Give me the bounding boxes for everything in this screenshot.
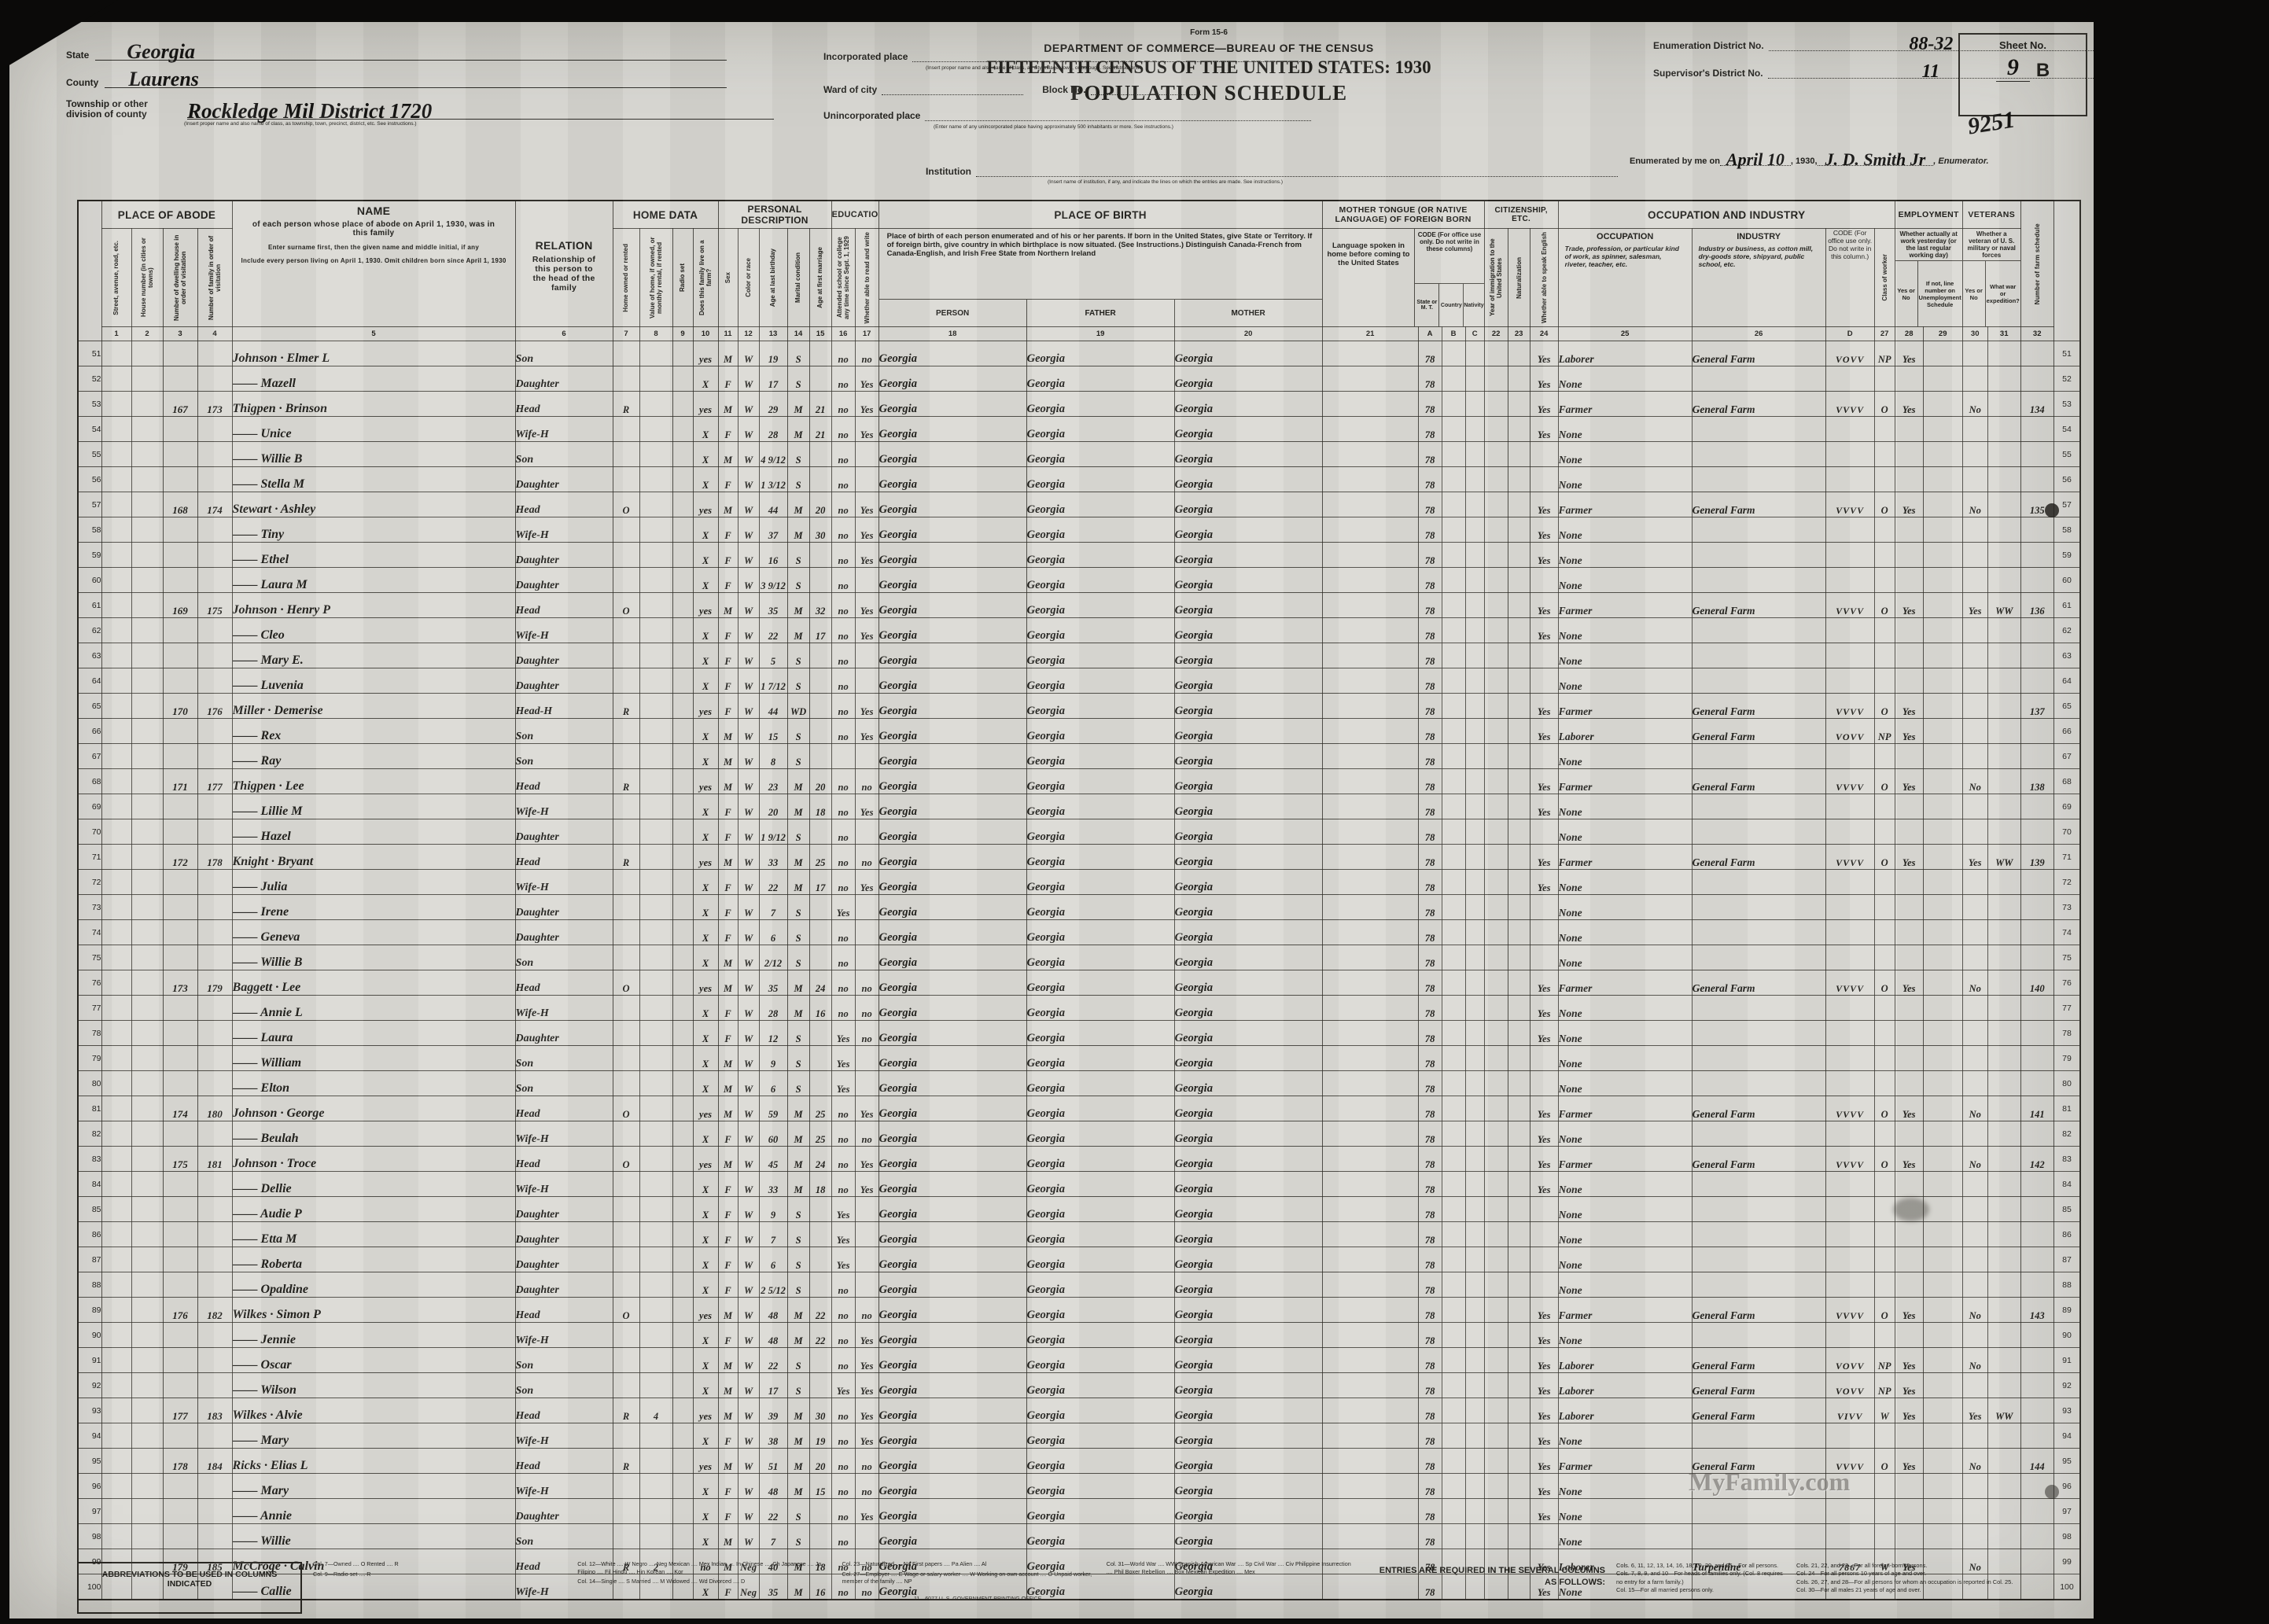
cell-cl: W [738, 970, 759, 996]
cell-or [613, 1222, 639, 1247]
cell-cC [1465, 1272, 1484, 1298]
cell-bp: Georgia [879, 1021, 1026, 1046]
cell-cB [1442, 1323, 1465, 1348]
cell-st [101, 1348, 131, 1373]
cell-fs [2020, 819, 2054, 845]
line-number-column-header [78, 201, 101, 341]
cell-cw [1874, 643, 1895, 668]
line-number-right: 92 [2054, 1373, 2080, 1398]
cell-in: General Farm [1692, 1373, 1825, 1398]
cell-rw: Yes [855, 517, 879, 543]
line-number-right: 95 [2054, 1449, 2080, 1474]
line-number-left: 65 [78, 694, 101, 719]
cell-hn [131, 1423, 163, 1449]
cell-ag: 16 [759, 543, 787, 568]
cell-oc: None [1558, 1197, 1692, 1222]
cell-cB [1442, 1272, 1465, 1298]
cell-rd [672, 1147, 693, 1172]
cell-aw: Yes [1895, 392, 1923, 417]
cell-oc: None [1558, 442, 1692, 467]
cell-cB [1442, 1121, 1465, 1147]
col-farm-header: Does this family live on a farm? [693, 229, 718, 327]
cell-dw: 176 [163, 1298, 197, 1323]
cell-bp: Georgia [879, 970, 1026, 996]
cell-ms: M [787, 618, 809, 643]
township-label: Township or other division of county [66, 99, 184, 120]
cell-rd [672, 568, 693, 593]
line-number-right: 61 [2054, 593, 2080, 618]
cell-fs [2020, 1323, 2054, 1348]
cell-cw: O [1874, 970, 1895, 996]
column-number: D [1825, 327, 1874, 341]
cell-na [1508, 1096, 1530, 1121]
enumerator-label: , Enumerator. [1933, 157, 1988, 166]
cell-cC [1465, 895, 1484, 920]
cell-sc: Yes [831, 895, 855, 920]
cell-cA: 78 [1418, 341, 1442, 366]
cell-ul [1923, 366, 1962, 392]
cell-ag: 7 [759, 1222, 787, 1247]
cell-rd [672, 1449, 693, 1474]
cell-cw: O [1874, 1096, 1895, 1121]
cell-lg [1322, 1021, 1418, 1046]
cell-fm [197, 543, 232, 568]
cell-bf: Georgia [1026, 920, 1174, 945]
cell-ag: 60 [759, 1121, 787, 1147]
cell-fm: 177 [197, 769, 232, 794]
cell-oc: Laborer [1558, 1373, 1692, 1398]
cell-vl [639, 1071, 672, 1096]
cell-cA: 78 [1418, 1398, 1442, 1423]
ink-smudge [1893, 1198, 1929, 1221]
list-item: Col. 14—Single .... S Married .... M Wid… [577, 1578, 829, 1585]
population-schedule-table: PLACE OF ABODE NAME of each person whose… [77, 200, 2081, 1600]
cell-fm [197, 895, 232, 920]
cell-sx: F [718, 417, 738, 442]
cell-fm [197, 945, 232, 970]
column-number: 27 [1874, 327, 1895, 341]
mt-language-header: Language spoken in home before coming to… [1323, 229, 1415, 326]
cell-en: Yes [1530, 845, 1558, 870]
cell-cA: 78 [1418, 1071, 1442, 1096]
ward-label: Ward of city [823, 84, 877, 95]
cell-or [613, 744, 639, 769]
cell-ag: 8 [759, 744, 787, 769]
cell-oc: None [1558, 1172, 1692, 1197]
cell-rel: Daughter [515, 1499, 613, 1524]
cell-cB [1442, 1021, 1465, 1046]
cell-na [1508, 442, 1530, 467]
print-code: 11—6077 U. S. GOVERNMENT PRINTING OFFICE [914, 1596, 1041, 1602]
cell-cC [1465, 1147, 1484, 1172]
cell-fs: 139 [2020, 845, 2054, 870]
cell-am: 19 [809, 1423, 831, 1449]
vet-war-header: What war or expedition? [1985, 261, 2020, 326]
cell-am: 15 [809, 1474, 831, 1499]
line-number-left: 74 [78, 920, 101, 945]
cell-am: 22 [809, 1298, 831, 1323]
cell-cl: W [738, 593, 759, 618]
cell-im [1484, 970, 1508, 996]
cell-cB [1442, 668, 1465, 694]
cell-vl [639, 1147, 672, 1172]
cell-oc: None [1558, 1247, 1692, 1272]
cell-en: Yes [1530, 1172, 1558, 1197]
cell-ms: S [787, 1247, 809, 1272]
cell-en: Yes [1530, 694, 1558, 719]
watermark: MyFamily.com [1689, 1467, 1850, 1497]
cell-ul [1923, 794, 1962, 819]
cell-hn [131, 517, 163, 543]
cell-ms: S [787, 744, 809, 769]
form-number: Form 15-6 [812, 28, 1606, 37]
cell-cA: 78 [1418, 543, 1442, 568]
line-number-right: 98 [2054, 1524, 2080, 1549]
cell-fm [197, 643, 232, 668]
table-row: 73—— IreneDaughterXFW7SYesGeorgiaGeorgia… [78, 895, 2080, 920]
cell-aw [1895, 517, 1923, 543]
cell-rw: no [855, 769, 879, 794]
cell-cl: W [738, 945, 759, 970]
cell-rel: Wife-H [515, 517, 613, 543]
cell-lg [1322, 744, 1418, 769]
cell-oc: None [1558, 668, 1692, 694]
cell-cw: O [1874, 1147, 1895, 1172]
cell-am: 18 [809, 1172, 831, 1197]
cell-st [101, 920, 131, 945]
cell-na [1508, 1474, 1530, 1499]
cell-en [1530, 467, 1558, 492]
cell-ul [1923, 895, 1962, 920]
line-number-right: 65 [2054, 694, 2080, 719]
cell-bf: Georgia [1026, 1499, 1174, 1524]
cell-lg [1322, 996, 1418, 1021]
cell-bf: Georgia [1026, 1348, 1174, 1373]
cell-bp: Georgia [879, 517, 1026, 543]
cell-in [1692, 1423, 1825, 1449]
cell-am [809, 819, 831, 845]
cell-vl [639, 467, 672, 492]
cell-ag: 45 [759, 1147, 787, 1172]
cell-sc: no [831, 694, 855, 719]
cell-lg [1322, 341, 1418, 366]
cell-cB [1442, 1524, 1465, 1549]
cell-en [1530, 668, 1558, 694]
cell-vl [639, 996, 672, 1021]
cell-cw [1874, 517, 1895, 543]
cell-name: Thigpen · Brinson [232, 392, 515, 417]
cell-cA: 78 [1418, 392, 1442, 417]
table-row: 97—— AnnieDaughterXFW22SnoYesGeorgiaGeor… [78, 1499, 2080, 1524]
cell-name: —— Tiny [232, 517, 515, 543]
cell-cl: W [738, 618, 759, 643]
cell-bm: Georgia [1174, 492, 1322, 517]
cell-am [809, 341, 831, 366]
cell-bf: Georgia [1026, 694, 1174, 719]
cell-im [1484, 895, 1508, 920]
cell-sx: F [718, 1222, 738, 1247]
cell-vw [1987, 694, 2020, 719]
cell-cD [1825, 1499, 1874, 1524]
cell-cw [1874, 1474, 1895, 1499]
cell-im [1484, 996, 1508, 1021]
cell-cl: W [738, 870, 759, 895]
cell-vt [1962, 945, 1987, 970]
cell-na [1508, 618, 1530, 643]
cell-rd [672, 1272, 693, 1298]
cell-st [101, 769, 131, 794]
cell-cl: W [738, 568, 759, 593]
cell-hn [131, 543, 163, 568]
table-row: 52—— MazellDaughterXFW17SnoYesGeorgiaGeo… [78, 366, 2080, 392]
cell-bm: Georgia [1174, 1499, 1322, 1524]
cell-ag: 33 [759, 845, 787, 870]
cell-sc: Yes [831, 1071, 855, 1096]
cell-lg [1322, 1197, 1418, 1222]
cell-cl: W [738, 1046, 759, 1071]
cell-fs [2020, 442, 2054, 467]
cell-vw [1987, 895, 2020, 920]
cell-en: Yes [1530, 1021, 1558, 1046]
cell-dw: 169 [163, 593, 197, 618]
cell-en: Yes [1530, 417, 1558, 442]
cell-am [809, 568, 831, 593]
cell-cC [1465, 492, 1484, 517]
line-number-right: 66 [2054, 719, 2080, 744]
cell-bf: Georgia [1026, 1323, 1174, 1348]
cell-vl [639, 1348, 672, 1373]
cell-or [613, 417, 639, 442]
cell-fs: 140 [2020, 970, 2054, 996]
cell-im [1484, 1474, 1508, 1499]
cell-ag: 35 [759, 970, 787, 996]
cell-na [1508, 1449, 1530, 1474]
cell-aw: Yes [1895, 694, 1923, 719]
cell-cA: 78 [1418, 1348, 1442, 1373]
cell-ag: 28 [759, 996, 787, 1021]
cell-cw [1874, 895, 1895, 920]
cell-rw: Yes [855, 1373, 879, 1398]
cell-en [1530, 895, 1558, 920]
cell-aw: Yes [1895, 719, 1923, 744]
cell-ag: 22 [759, 870, 787, 895]
cell-in: General Farm [1692, 694, 1825, 719]
cell-bp: Georgia [879, 1398, 1026, 1423]
cell-cA: 78 [1418, 1323, 1442, 1348]
cell-hn [131, 442, 163, 467]
cell-cw [1874, 819, 1895, 845]
cell-lg [1322, 618, 1418, 643]
cell-aw: Yes [1895, 1348, 1923, 1373]
col-naturalization-header: Naturalization [1508, 229, 1530, 327]
table-row: 98—— WillieSonXMW7SnoGeorgiaGeorgiaGeorg… [78, 1524, 2080, 1549]
table-row: 63—— Mary E.DaughterXFW5SnoGeorgiaGeorgi… [78, 643, 2080, 668]
cell-cC [1465, 1071, 1484, 1096]
cell-na [1508, 668, 1530, 694]
cell-cD: VVVV [1825, 1147, 1874, 1172]
cell-cA: 78 [1418, 996, 1442, 1021]
cell-sx: F [718, 1247, 738, 1272]
line-number-left: 72 [78, 870, 101, 895]
cell-fa: X [693, 1524, 718, 1549]
cell-rw: Yes [855, 870, 879, 895]
cell-fm: 179 [197, 970, 232, 996]
cell-fs [2020, 996, 2054, 1021]
cell-cB [1442, 845, 1465, 870]
cell-vw [1987, 996, 2020, 1021]
cell-aw [1895, 794, 1923, 819]
cell-hn [131, 744, 163, 769]
cell-cl: W [738, 1423, 759, 1449]
cell-cA: 78 [1418, 492, 1442, 517]
cell-fa: X [693, 366, 718, 392]
cell-oc: None [1558, 366, 1692, 392]
cell-cC [1465, 1172, 1484, 1197]
cell-vw [1987, 417, 2020, 442]
cell-or [613, 1272, 639, 1298]
cell-fa: yes [693, 492, 718, 517]
column-number: 3 [163, 327, 197, 341]
cell-cD [1825, 543, 1874, 568]
cell-ul [1923, 845, 1962, 870]
cell-cw [1874, 996, 1895, 1021]
cell-cD [1825, 568, 1874, 593]
unincorporated-line: Unincorporated place [823, 109, 1311, 121]
cell-bf: Georgia [1026, 1071, 1174, 1096]
cell-st [101, 442, 131, 467]
line-number-right: 51 [2054, 341, 2080, 366]
cell-am: 30 [809, 517, 831, 543]
cell-en: Yes [1530, 1373, 1558, 1398]
cell-bf: Georgia [1026, 1121, 1174, 1147]
cell-dw: 173 [163, 970, 197, 996]
cell-vw [1987, 643, 2020, 668]
cell-cD: VVVV [1825, 845, 1874, 870]
cell-aw [1895, 1247, 1923, 1272]
cell-oc: Farmer [1558, 970, 1692, 996]
cell-na [1508, 895, 1530, 920]
occupation-group-header: OCCUPATION AND INDUSTRY [1558, 201, 1895, 229]
cell-im [1484, 467, 1508, 492]
cell-dw [163, 996, 197, 1021]
cell-vw [1987, 1247, 2020, 1272]
cell-cD: VVVV [1825, 970, 1874, 996]
cell-or: R [613, 1398, 639, 1423]
cell-im [1484, 1046, 1508, 1071]
cell-hn [131, 568, 163, 593]
cell-ag: 2/12 [759, 945, 787, 970]
cell-or: O [613, 1147, 639, 1172]
line-number-right: 89 [2054, 1298, 2080, 1323]
cell-cB [1442, 1298, 1465, 1323]
cell-cD: VVVV [1825, 593, 1874, 618]
line-number-right: 52 [2054, 366, 2080, 392]
cell-bp: Georgia [879, 618, 1026, 643]
table-row: 91—— OscarSonXMW22SnoYesGeorgiaGeorgiaGe… [78, 1348, 2080, 1373]
cell-sc [831, 744, 855, 769]
cell-oc: None [1558, 819, 1692, 845]
cell-name: Ricks · Elias L [232, 1449, 515, 1474]
cell-aw [1895, 1474, 1923, 1499]
cell-na [1508, 920, 1530, 945]
list-item: Col. 12—White .... W Negro .... Neg Mexi… [577, 1560, 829, 1575]
cell-vt: Yes [1962, 845, 1987, 870]
cell-cC [1465, 568, 1484, 593]
cell-oc: None [1558, 920, 1692, 945]
cell-in [1692, 1046, 1825, 1071]
cell-rd [672, 1121, 693, 1147]
cell-in [1692, 1247, 1825, 1272]
cell-hn [131, 920, 163, 945]
cell-sc: Yes [831, 1373, 855, 1398]
cell-cl: W [738, 1222, 759, 1247]
entries-required-right: Cols. 21, 22, and 23—For all foreign-bor… [1796, 1557, 2079, 1614]
cell-cB [1442, 1398, 1465, 1423]
cell-oc: None [1558, 1222, 1692, 1247]
cell-rw: no [855, 1021, 879, 1046]
cell-fm [197, 794, 232, 819]
cell-sx: M [718, 1373, 738, 1398]
cell-vw [1987, 517, 2020, 543]
cell-bm: Georgia [1174, 1046, 1322, 1071]
col-readwrite-header: Whether able to read and write [855, 229, 879, 327]
cell-cA: 78 [1418, 819, 1442, 845]
cell-rw [855, 442, 879, 467]
cell-vw [1987, 1046, 2020, 1071]
cell-ms: S [787, 1348, 809, 1373]
entries-required-left: Cols. 6, 11, 12, 13, 14, 16, 18, 19, 20,… [1616, 1557, 1785, 1614]
cell-en: Yes [1530, 1348, 1558, 1373]
cell-vt [1962, 1021, 1987, 1046]
cell-sx: F [718, 996, 738, 1021]
cell-ul [1923, 1172, 1962, 1197]
cell-vl [639, 794, 672, 819]
cell-cD [1825, 517, 1874, 543]
cell-bf: Georgia [1026, 1474, 1174, 1499]
cell-in: General Farm [1692, 392, 1825, 417]
cell-vl [639, 392, 672, 417]
cell-fs [2020, 945, 2054, 970]
cell-hn [131, 1398, 163, 1423]
cell-bm: Georgia [1174, 568, 1322, 593]
punch-hole [2045, 503, 2059, 517]
cell-name: —— Beulah [232, 1121, 515, 1147]
cell-bf: Georgia [1026, 945, 1174, 970]
line-number-left: 90 [78, 1323, 101, 1348]
cell-sc: no [831, 1499, 855, 1524]
cell-am [809, 366, 831, 392]
column-number: 6 [515, 327, 613, 341]
cell-rel: Daughter [515, 1222, 613, 1247]
cell-am [809, 1499, 831, 1524]
cell-dw [163, 1499, 197, 1524]
cell-rel: Son [515, 1524, 613, 1549]
table-row: 94—— MaryWife-HXFW38M19noYesGeorgiaGeorg… [78, 1423, 2080, 1449]
cell-cA: 78 [1418, 694, 1442, 719]
cell-fm: 181 [197, 1147, 232, 1172]
cell-lg [1322, 1247, 1418, 1272]
cell-st [101, 593, 131, 618]
cell-na [1508, 694, 1530, 719]
cell-hn [131, 1524, 163, 1549]
cell-in [1692, 1121, 1825, 1147]
cell-fs [2020, 341, 2054, 366]
table-row: 75—— Willie BSonXMW2/12SnoGeorgiaGeorgia… [78, 945, 2080, 970]
cell-name: —— Ethel [232, 543, 515, 568]
cell-aw [1895, 945, 1923, 970]
cell-fa: X [693, 920, 718, 945]
cell-cw [1874, 417, 1895, 442]
